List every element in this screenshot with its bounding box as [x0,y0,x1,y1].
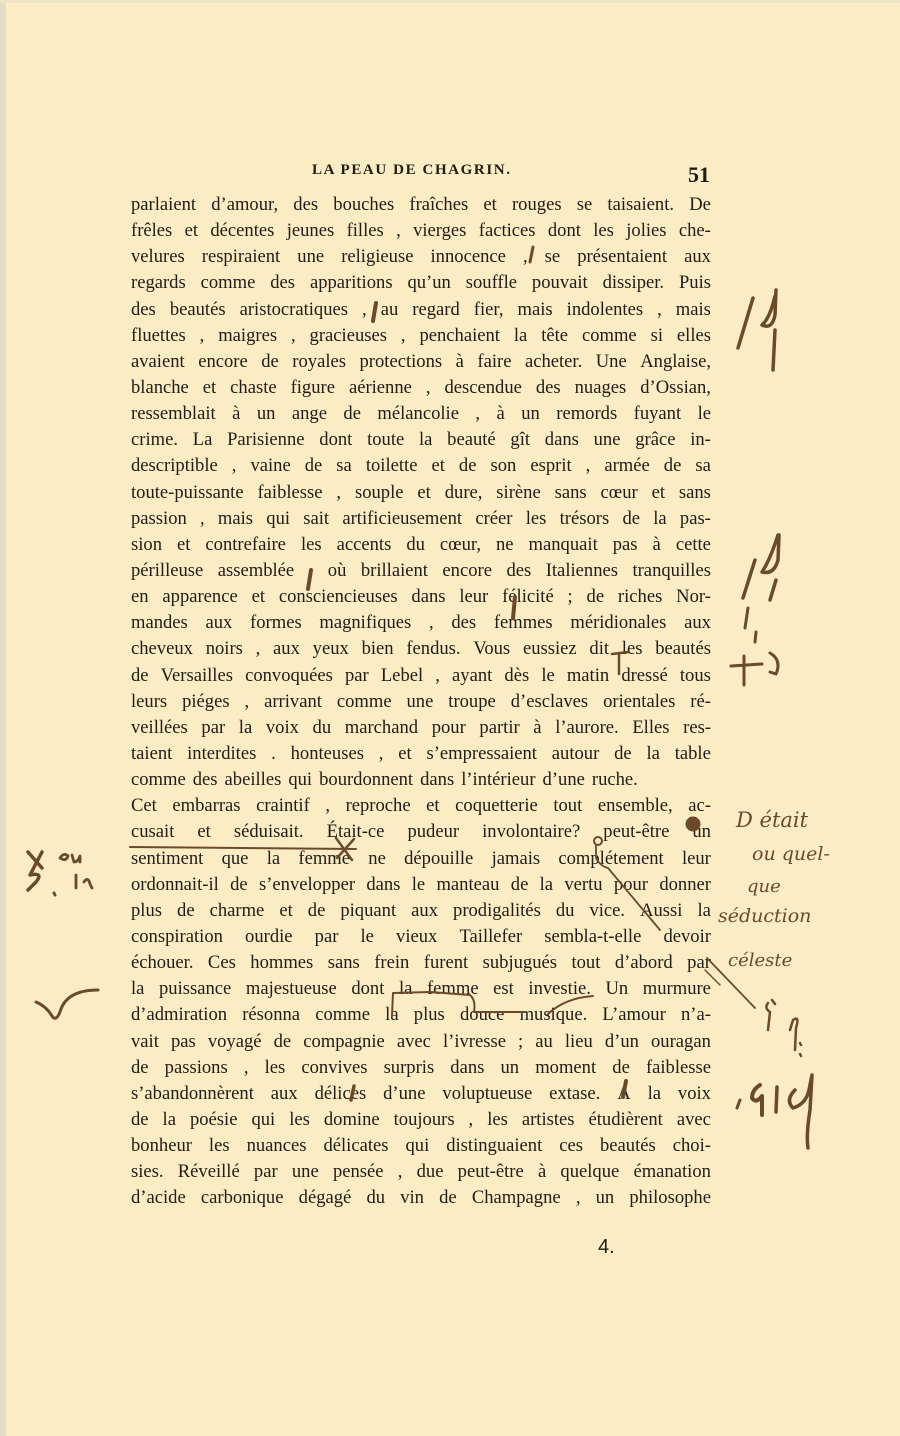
text-line: mandesauxformesmagnifiques,desfemmesméri… [131,610,711,636]
text-line: frêlesetdécentesjeunesfilles,viergesfact… [131,218,711,244]
text-line: périlleuseassemblée,oùbrillaientencorede… [131,558,711,584]
margin-note-celeste: céleste [728,950,792,971]
page-edge-top [0,0,900,3]
text-line: commedesabeillesquibourdonnentdansl’inté… [131,767,711,793]
text-line: toute-puissantefaiblesse,soupleetdure,si… [131,480,711,506]
text-line: parlaientd’amour,desbouchesfraîchesetrou… [131,192,711,218]
text-line: Cetembarrascraintif,reprocheetcoquetteri… [131,793,711,819]
text-line: deVersaillesconvoquéesparLebel,ayantdèsl… [131,663,711,689]
margin-note-ou-quel: ou quel- [752,843,830,865]
text-line: échouer.Ceshommessansfreinfurentsubjugué… [131,950,711,976]
text-line: avaientencorederoyalesprotectionsàfairea… [131,349,711,375]
margin-note-que: que [747,876,781,897]
text-line: bonheurlesnuancesdélicatesquidistinguaie… [131,1133,711,1159]
margin-note-seduction: séduction [718,905,811,927]
text-line: blancheetchastefigureaérienne,descendued… [131,375,711,401]
text-line: descriptible,vainedesatoiletteetdesonesp… [131,453,711,479]
text-line: d’acidecarboniquedégagéduvindeChampagne,… [131,1185,711,1211]
text-line: enapparenceetconsciencieusesdansleurféli… [131,584,711,610]
text-line: passion,maisquisaitartificieusementcréer… [131,506,711,532]
margin-note-etait: D était [736,808,808,832]
text-line: s’abandonnèrentauxdélicesd’unevoluptueus… [131,1081,711,1107]
running-head: LA PEAU DE CHAGRIN. [312,162,512,179]
text-line: taientinterdites.honteuses,ets’empressai… [131,741,711,767]
text-line: regardscommedesapparitionsqu’unsoufflepo… [131,270,711,296]
text-line: plusdecharmeetdepiquantauxprodigalitésdu… [131,898,711,924]
text-line: ordonnait-ildes’envelopperdanslemanteaud… [131,872,711,898]
text-line: cusaitetséduisait.Était-cepudeurinvolont… [131,819,711,845]
text-line: cheveuxnoirs,auxyeuxbienfendus.Vouseussi… [131,636,711,662]
text-line: delapoésiequilesdominetoujours,lesartist… [131,1107,711,1133]
page-edge [0,0,6,1436]
page-number: 51 [688,162,710,188]
signature-mark: 4. [598,1236,615,1259]
text-line: desbeautésaristocratiques,auregardfier,m… [131,297,711,323]
text-line: d’admirationrésonnacommelaplusdoucemusiq… [131,1002,711,1028]
text-line: depassions,lesconvivessurprisdansunmomen… [131,1055,711,1081]
text-line: ressemblaitàunangedemélancolie,àunremord… [131,401,711,427]
text-line: vaitpasvoyagédecompagnieavecl’ivresse;au… [131,1029,711,1055]
text-line: crime.LaParisiennedonttoutelabeautégîtda… [131,427,711,453]
text-line: lapuissancemajestueusedontlafemmeestinve… [131,976,711,1002]
text-line: conspirationourdieparlevieuxTaillefersem… [131,924,711,950]
text-line: sionetcontrefairelesaccentsducœur,nemanq… [131,532,711,558]
text-line: veluresrespiraientunereligieuseinnocence… [131,244,711,270]
text-line: sies.Réveilléparunepensée,duepeut-êtreàq… [131,1159,711,1185]
text-line: sentimentquelafemmenedépouillejamaiscomp… [131,846,711,872]
text-line: leurspiéges,arrivantcommeunetrouped’escl… [131,689,711,715]
text-line: veilléesparlavoixdumarchandpourpartiràl’… [131,715,711,741]
text-line: fluettes,maigres,gracieuses,penchaientla… [131,323,711,349]
body-text: parlaientd’amour,desbouchesfraîchesetrou… [131,192,711,1211]
